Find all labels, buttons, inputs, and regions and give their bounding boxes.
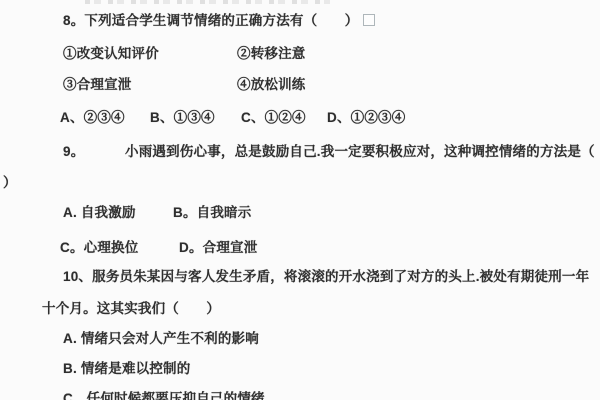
paragraph-mark-box <box>363 14 375 26</box>
q8-option-1: ①改变认知评价 <box>63 45 159 63</box>
question-10-stem-line-2: 十个月。这其实我们（ ） <box>42 300 220 318</box>
question-9-stem-wrap: ） <box>3 174 17 192</box>
q8-option-2: ②转移注意 <box>237 45 306 63</box>
q8-option-3: ③合理宣泄 <box>63 76 132 94</box>
q10-choice-a: A. 情绪只会对人产生不利的影响 <box>63 330 259 348</box>
q8-option-4: ④放松训练 <box>237 76 306 94</box>
question-8-text: 8。下列适合学生调节情绪的正确方法有（ ） <box>63 13 358 28</box>
question-9-text: 小雨遇到伤心事，总是鼓励自己.我一定要积极应对，这种调控情绪的方法是（ <box>125 143 595 161</box>
question-9-number: 9。 <box>63 143 84 161</box>
q9-option-b: B。自我暗示 <box>173 204 251 222</box>
q9-option-c: C。心理换位 <box>60 239 138 257</box>
q8-choice-c: C、①②④ <box>241 109 306 127</box>
q8-choice-d: D、①②③④ <box>327 109 405 127</box>
clipped-text-remnant <box>85 0 330 4</box>
q10-choice-c-clipped: C、任何时候都要压抑自己的情绪 <box>63 390 265 400</box>
q9-option-a: A. 自我激励 <box>63 204 136 222</box>
exam-document-page: 8。下列适合学生调节情绪的正确方法有（ ） ①改变认知评价 ②转移注意 ③合理宣… <box>0 0 600 400</box>
q10-choice-b: B. 情绪是难以控制的 <box>63 360 190 378</box>
q8-choice-b: B、①③④ <box>150 109 215 127</box>
q8-choice-a: A、②③④ <box>60 109 125 127</box>
question-8-stem: 8。下列适合学生调节情绪的正确方法有（ ） <box>63 12 375 30</box>
q9-option-d: D。合理宣泄 <box>179 239 257 257</box>
question-10-stem-line-1: 10、服务员朱某因与客人发生矛盾，将滚滚的开水浇到了对方的头上.被处有期徒刑一年 <box>63 268 589 286</box>
